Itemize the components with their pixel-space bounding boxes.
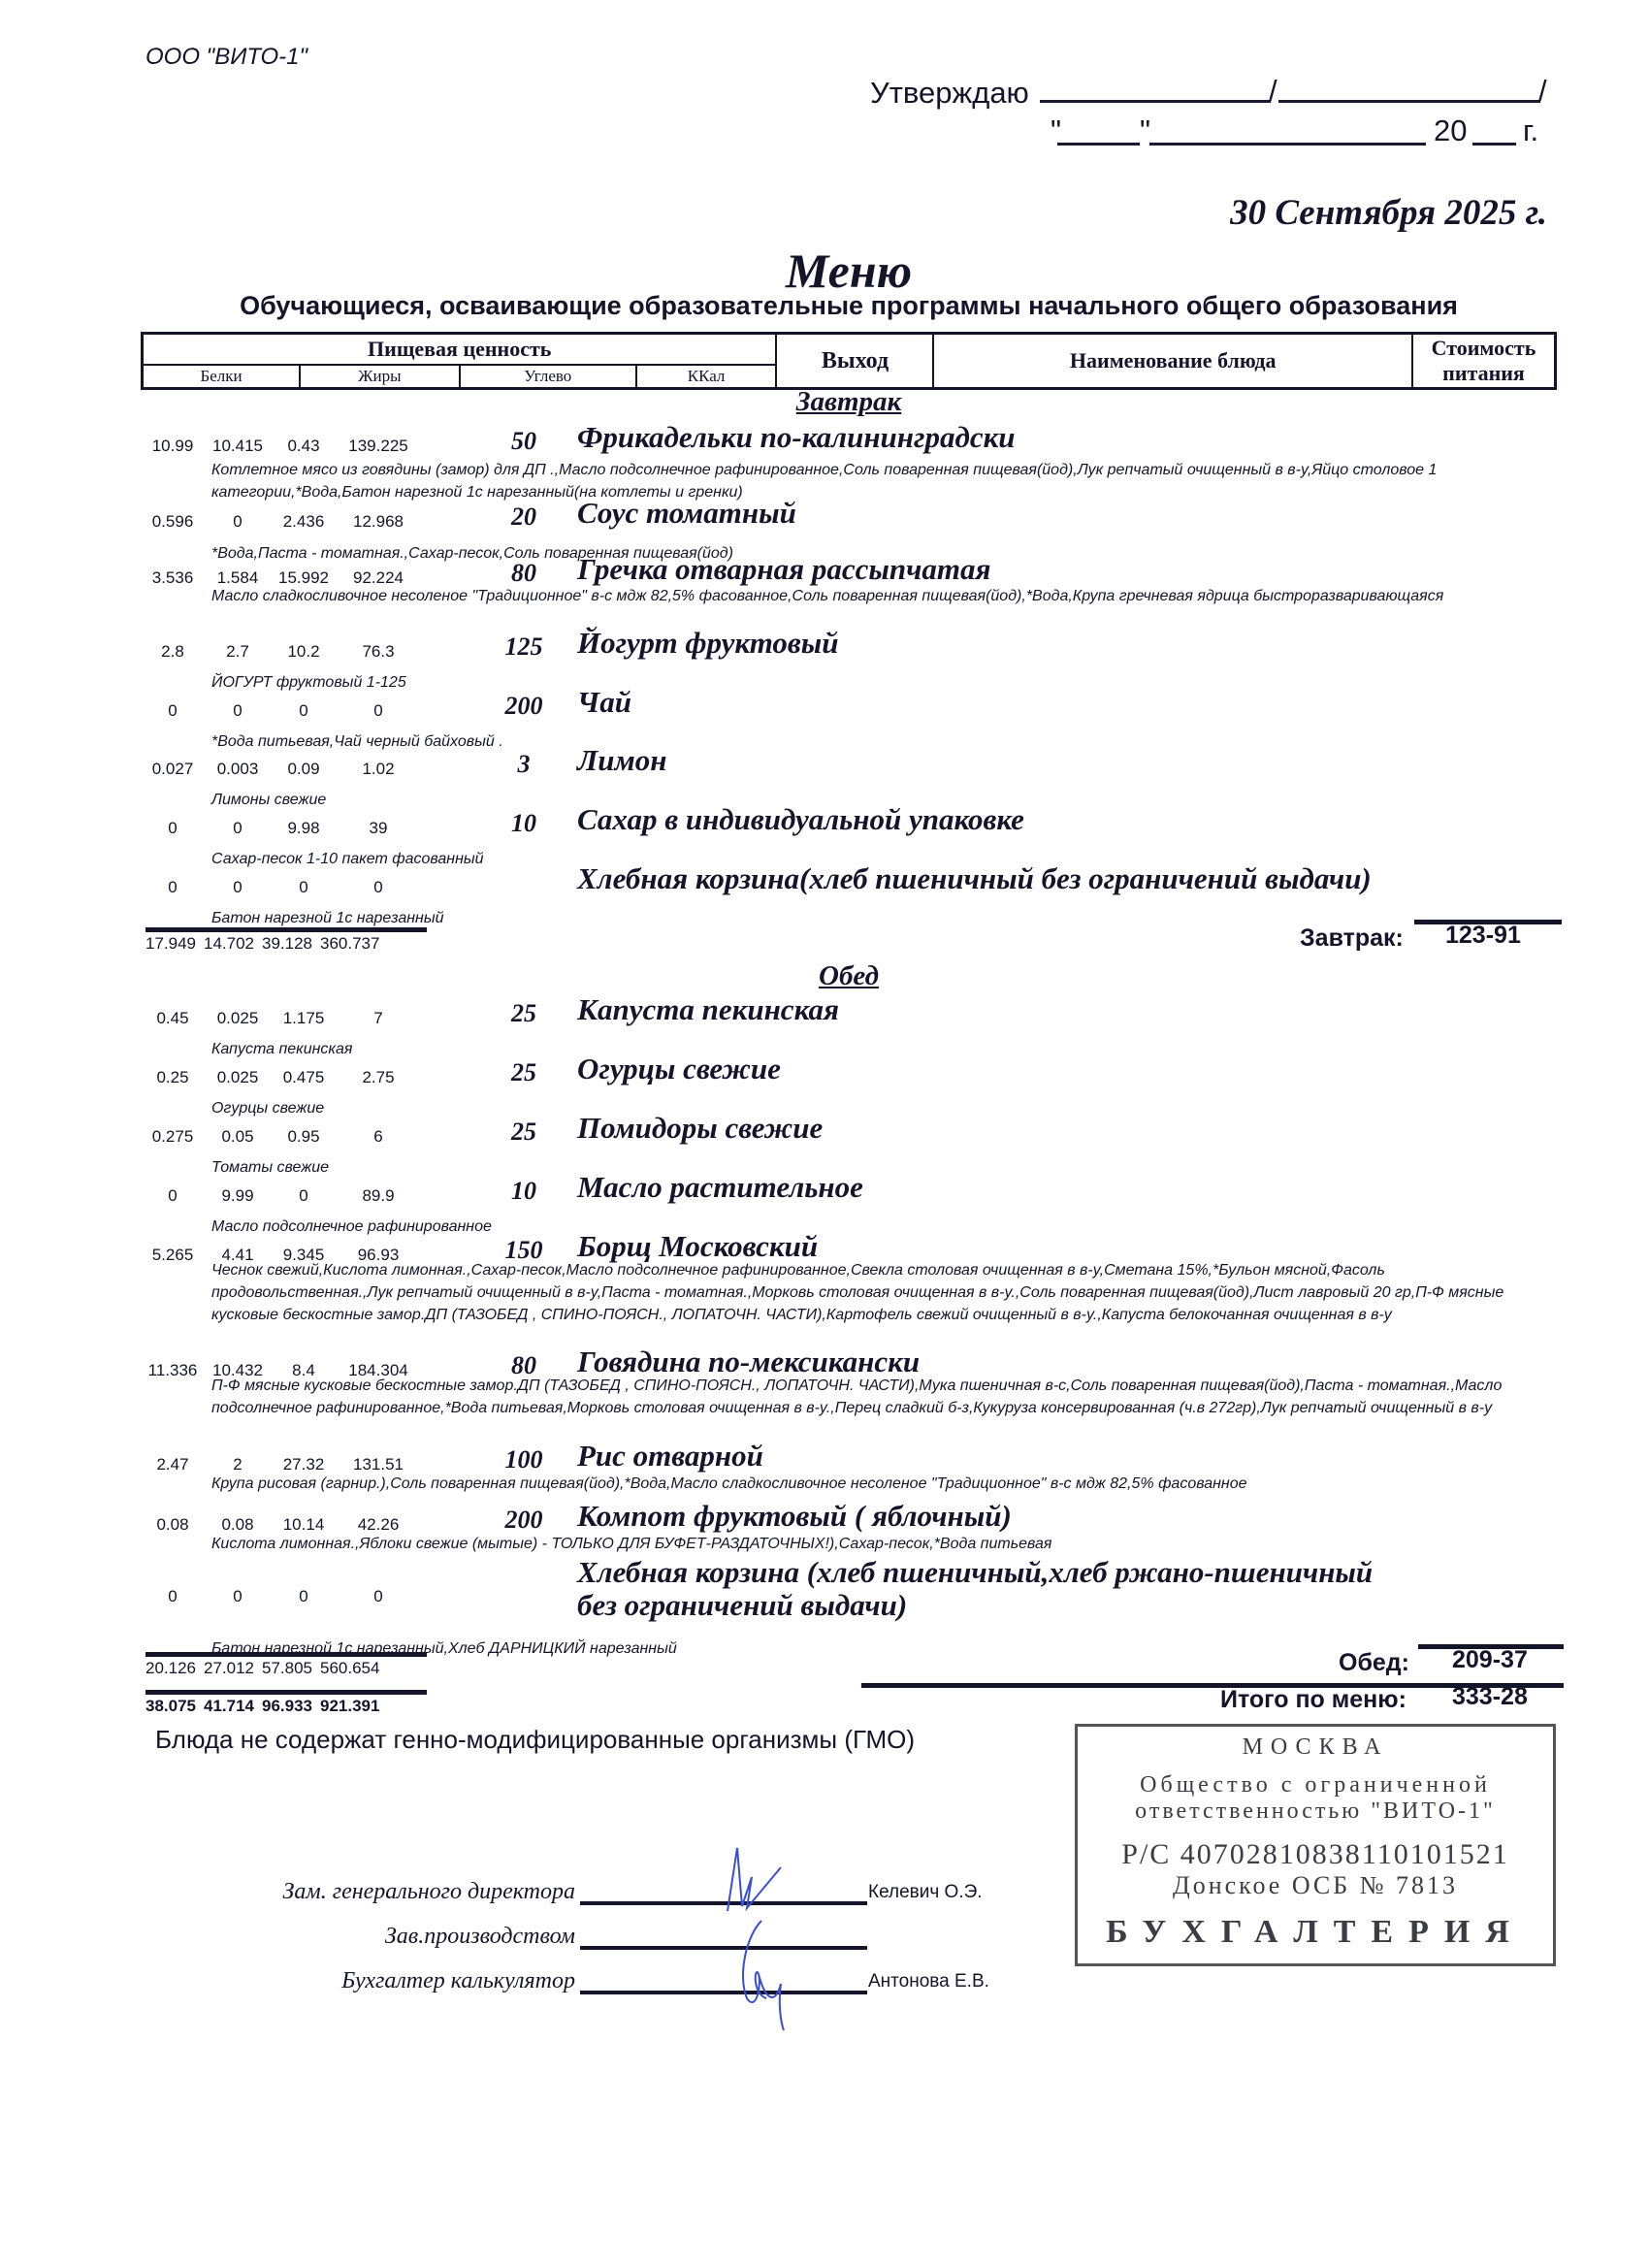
approve-slash-end: / — [1538, 74, 1547, 109]
dish-name: Гречка отварная рассыпчатая — [577, 553, 990, 586]
grand-total-fat: 41.714 — [204, 1697, 254, 1716]
approve-signature-line — [1040, 100, 1271, 103]
protein-value: 0.25 — [156, 1068, 188, 1087]
signature-line-production-head — [580, 1946, 867, 1950]
kcal-value: 12.968 — [353, 512, 404, 532]
breakfast-sum-label: Завтрак: — [1300, 924, 1404, 953]
grand-total-protein: 38.075 — [145, 1697, 196, 1716]
dish-name-line1: Фрикадельки по-калинингрaдски — [577, 421, 1016, 454]
protein-value: 10.99 — [152, 437, 194, 456]
kcal-value: 2.75 — [362, 1068, 394, 1087]
section-breakfast-title: Завтрак — [0, 386, 1649, 418]
grand-totals: 38.07541.71496.933921.391 — [145, 1690, 427, 1716]
yield-value: 20 — [475, 502, 572, 532]
cost-header-line1: Стоимость — [1413, 336, 1554, 361]
kcal-value: 89.9 — [362, 1186, 394, 1206]
dish-name-line1: Масло растительное — [577, 1171, 863, 1204]
carbs-value: 0 — [299, 1587, 307, 1606]
dish-ingredients: Чеснок свежий,Кислота лимонная.,Сахар-пе… — [211, 1259, 1540, 1326]
carbs-value: 10.2 — [287, 642, 319, 662]
dish-name: Хлебная корзина(хлеб пшеничный без огран… — [577, 862, 1372, 895]
fat-value: 0.025 — [217, 1068, 259, 1087]
nutrition-values: 10.9910.4150.43139.225 — [145, 437, 436, 460]
protein-value: 11.336 — [148, 1361, 198, 1380]
yield-value: 200 — [475, 692, 572, 721]
dish-name-line1: Компот фруктовый ( яблочный) — [577, 1500, 1012, 1533]
fat-value: 0.003 — [217, 760, 259, 779]
dish-name-line1: Капуста пекинская — [577, 993, 839, 1026]
dish-name-line1: Сахар в индивидуальной упаковке — [577, 803, 1024, 836]
protein-value: 0 — [168, 1587, 177, 1606]
approve-slash: / — [1269, 74, 1277, 109]
protein-value: 2.47 — [156, 1455, 188, 1474]
protein-value: 2.8 — [161, 642, 184, 662]
breakfast-sum-value: 123-91 — [1445, 922, 1521, 950]
grand-total-kcal: 921.391 — [320, 1697, 379, 1716]
date-day-line — [1057, 143, 1140, 146]
menu-table-header: Пищевая ценность Выход Наименование блюд… — [141, 332, 1557, 390]
fat-value: 10.415 — [212, 437, 263, 456]
dish-name-line1: Йогурт фруктовый — [577, 627, 839, 660]
stamp-department: БУХГАЛТЕРИЯ — [1078, 1914, 1553, 1951]
kcal-value: 1.02 — [362, 760, 394, 779]
signature-role-production-head: Зав.производством — [245, 1924, 575, 1950]
breakfast-total-fat: 14.702 — [204, 934, 254, 954]
dish-name-line1: Хлебная корзина (хлеб пшеничный,хлеб ржа… — [577, 1556, 1373, 1589]
lunch-total-protein: 20.126 — [145, 1659, 196, 1678]
dish-name: Соус томатный — [577, 497, 796, 530]
dish-name-line1: Чай — [577, 686, 631, 719]
dish-name: Капуста пекинская — [577, 993, 839, 1026]
yield-value: 3 — [475, 750, 572, 779]
dish-name: Борщ Московский — [577, 1230, 818, 1263]
protein-value: 0.027 — [152, 760, 194, 779]
dish-name-line1: Борщ Московский — [577, 1230, 818, 1263]
yield-value: 10 — [475, 809, 572, 838]
carbs-value: 0.475 — [283, 1068, 325, 1087]
signature-role-deputy-director: Зам. генерального директора — [245, 1879, 575, 1905]
dish-name: Чай — [577, 686, 631, 719]
protein-value: 0.08 — [156, 1515, 188, 1535]
dish-name: Масло растительное — [577, 1171, 863, 1204]
yield-value: 25 — [475, 999, 572, 1028]
dish-ingredients: Масло подсолнечное рафинированное — [211, 1215, 1540, 1238]
yield-value: 200 — [475, 1506, 572, 1535]
grand-total-label: Итого по меню: — [1220, 1686, 1406, 1714]
grand-total-value: 333-28 — [1452, 1683, 1528, 1711]
lunch-sum-label: Обед: — [1339, 1649, 1409, 1677]
dish-name: Говядина по-мексикански — [577, 1345, 920, 1378]
lunch-totals: 20.12627.01257.805560.654 — [145, 1652, 427, 1678]
dish-ingredients: ЙОГУРТ фруктовый 1-125 — [211, 671, 1540, 694]
dish-ingredients: Кислота лимонная.,Яблоки свежие (мытые) … — [211, 1533, 1540, 1555]
stamp-account: Р/С 40702810838110101521 — [1078, 1838, 1553, 1871]
signature-role-accountant: Бухгалтер калькулятор — [245, 1968, 575, 1994]
stamp-line2: ответственностью "ВИТО-1" — [1078, 1798, 1553, 1825]
dish-name-line1: Говядина по-мексикански — [577, 1345, 920, 1378]
cost-header: Стоимость питания — [1412, 334, 1556, 389]
kcal-value: 7 — [373, 1009, 382, 1028]
signature-name-deputy-director: Келевич О.Э. — [868, 1882, 983, 1903]
dish-name: Помидоры свежие — [577, 1112, 823, 1145]
signature-name-accountant: Антонова Е.В. — [868, 1971, 989, 1993]
signature-line-accountant — [580, 1991, 867, 1994]
nutrition-values: 0.0270.0030.091.02 — [145, 760, 436, 783]
fat-value: 9.99 — [221, 1186, 253, 1206]
handwritten-signature-icon — [708, 1916, 815, 2032]
carbs-value: 0 — [299, 878, 307, 897]
breakfast-total-carbs: 39.128 — [262, 934, 312, 954]
protein-value: 0.45 — [156, 1009, 188, 1028]
dish-name-line2: без ограничений выдачи) — [577, 1589, 1373, 1622]
dish-name-line1: Лимон — [577, 744, 666, 777]
fat-value: 0 — [233, 819, 242, 838]
yield-value: 50 — [475, 427, 572, 456]
kcal-header: ККал — [636, 365, 777, 389]
dish-name-line1: Огурцы свежие — [577, 1053, 781, 1085]
date-year-line — [1472, 143, 1516, 146]
page-subtitle: Обучающиеся, осваивающие образовательные… — [0, 291, 1649, 321]
protein-value: 3.536 — [152, 568, 194, 588]
protein-header: Белки — [143, 365, 301, 389]
carbs-value: 10.14 — [283, 1515, 325, 1535]
yield-value: 10 — [475, 1177, 572, 1206]
year-suffix: г. — [1523, 113, 1538, 148]
fat-value: 0.05 — [221, 1127, 253, 1147]
nutrition-values: 0.250.0250.4752.75 — [145, 1068, 436, 1091]
nutrition-values: 0.59602.43612.968 — [145, 512, 436, 535]
section-lunch-title: Обед — [0, 960, 1649, 992]
approve-label: Утверждаю — [870, 76, 1029, 111]
yield-value: 80 — [475, 559, 572, 588]
kcal-value: 0 — [373, 878, 382, 897]
breakfast-total-kcal: 360.737 — [320, 934, 379, 954]
yield-value: 125 — [475, 632, 572, 662]
fat-value: 0.08 — [221, 1515, 253, 1535]
yield-header: Выход — [776, 334, 933, 389]
dish-name: Компот фруктовый ( яблочный) — [577, 1500, 1012, 1533]
carbs-value: 0.43 — [287, 437, 319, 456]
carbs-value: 0 — [299, 1186, 307, 1206]
dish-name: Рис отварной — [577, 1440, 763, 1473]
nutrition-values: 09.99089.9 — [145, 1186, 436, 1210]
carbs-value: 1.175 — [283, 1009, 325, 1028]
protein-value: 0.596 — [152, 512, 194, 532]
yield-value: 100 — [475, 1445, 572, 1474]
carbs-value: 27.32 — [283, 1455, 325, 1474]
lunch-sum-value: 209-37 — [1452, 1646, 1528, 1674]
company-name: ООО "ВИТО-1" — [145, 44, 307, 71]
carbs-value: 0 — [299, 701, 307, 721]
dish-name: Огурцы свежие — [577, 1053, 781, 1085]
carbs-value: 0.09 — [287, 760, 319, 779]
carbs-header: Углево — [460, 365, 636, 389]
stamp-line1: Общество с ограниченной — [1078, 1772, 1553, 1798]
breakfast-totals: 17.94914.70239.128360.737 — [145, 927, 427, 954]
lunch-total-carbs: 57.805 — [262, 1659, 312, 1678]
fat-value: 2 — [233, 1455, 242, 1474]
dish-name-line1: Помидоры свежие — [577, 1112, 823, 1145]
dish-ingredients: *Вода питьевая,Чай черный байховый . — [211, 730, 1540, 753]
dish-ingredients: Крупа рисовая (гарнир.),Соль поваренная … — [211, 1473, 1540, 1495]
fat-value: 0 — [233, 701, 242, 721]
breakfast-total-protein: 17.949 — [145, 934, 196, 954]
dish-ingredients: Томаты свежие — [211, 1156, 1540, 1179]
fat-value: 0 — [233, 1587, 242, 1606]
dish-ingredients: Котлетное мясо из говядины (замор) для Д… — [211, 459, 1540, 503]
stamp-city: МОСКВА — [1078, 1734, 1553, 1761]
lunch-total-fat: 27.012 — [204, 1659, 254, 1678]
kcal-value: 0 — [373, 1587, 382, 1606]
dish-name-line1: Хлебная корзина(хлеб пшеничный без огран… — [577, 862, 1372, 895]
nutrition-values: 0000 — [145, 1587, 436, 1610]
protein-value: 0.275 — [152, 1127, 194, 1147]
kcal-value: 139.225 — [348, 437, 407, 456]
grand-total-carbs: 96.933 — [262, 1697, 312, 1716]
dish-name: Сахар в индивидуальной упаковке — [577, 803, 1024, 836]
protein-value: 0 — [168, 1186, 177, 1206]
menu-date: 30 Сентября 2025 г. — [1230, 192, 1547, 234]
dish-name-line1: Гречка отварная рассыпчатая — [577, 553, 990, 586]
company-stamp: МОСКВА Общество с ограниченной ответстве… — [1075, 1724, 1556, 1966]
dish-ingredients: Капуста пекинская — [211, 1038, 1540, 1060]
stamp-bank: Донское ОСБ № 7813 — [1078, 1871, 1553, 1900]
dish-name: Фрикадельки по-калинингрaдски — [577, 421, 1016, 454]
nutrition-values: 2.82.710.276.3 — [145, 642, 436, 665]
nutrition-values: 0000 — [145, 878, 436, 901]
dish-ingredients: Огурцы свежие — [211, 1097, 1540, 1119]
kcal-value: 131.51 — [353, 1455, 404, 1474]
nutrition-values: 0.450.0251.1757 — [145, 1009, 436, 1032]
kcal-value: 39 — [370, 819, 388, 838]
dish-name: Лимон — [577, 744, 666, 777]
year-prefix: 20 — [1434, 113, 1467, 148]
date-month-line — [1149, 143, 1426, 146]
kcal-value: 6 — [373, 1127, 382, 1147]
kcal-value: 0 — [373, 701, 382, 721]
lunch-total-kcal: 560.654 — [320, 1659, 379, 1678]
protein-value: 0 — [168, 819, 177, 838]
dish-name: Йогурт фруктовый — [577, 627, 839, 660]
nutrition-values: 0.2750.050.956 — [145, 1127, 436, 1150]
carbs-value: 9.98 — [287, 819, 319, 838]
fat-value: 0 — [233, 512, 242, 532]
fat-header: Жиры — [300, 365, 460, 389]
cost-header-line2: питания — [1413, 361, 1554, 386]
dish-ingredients: П-Ф мясные кусковые бескостные замор.ДП … — [211, 1375, 1540, 1419]
protein-value: 0 — [168, 878, 177, 897]
kcal-value: 42.26 — [358, 1515, 400, 1535]
carbs-value: 0.95 — [287, 1127, 319, 1147]
protein-value: 5.265 — [152, 1246, 194, 1265]
nutrition-values: 009.9839 — [145, 819, 436, 842]
dish-name-line1: Соус томатный — [577, 497, 796, 530]
approve-name-line — [1278, 100, 1540, 103]
yield-value: 25 — [475, 1058, 572, 1087]
nutrition-values: 0000 — [145, 701, 436, 725]
dish-name: Хлебная корзина (хлеб пшеничный,хлеб ржа… — [577, 1556, 1373, 1622]
carbs-value: 2.436 — [283, 512, 325, 532]
fat-value: 0 — [233, 878, 242, 897]
gmo-note: Блюда не содержат генно-модифицированные… — [155, 1725, 915, 1755]
yield-value: 25 — [475, 1118, 572, 1147]
dish-ingredients: Масло сладкосливочное несоленое "Традици… — [211, 585, 1540, 607]
fat-value: 2.7 — [226, 642, 249, 662]
kcal-value: 76.3 — [362, 642, 394, 662]
nutrition-header: Пищевая ценность — [143, 334, 777, 366]
protein-value: 0 — [168, 701, 177, 721]
dish-name-line1: Рис отварной — [577, 1440, 763, 1473]
fat-value: 0.025 — [217, 1009, 259, 1028]
dish-name-header: Наименование блюда — [933, 334, 1412, 389]
signature-line-deputy-director — [580, 1901, 867, 1905]
